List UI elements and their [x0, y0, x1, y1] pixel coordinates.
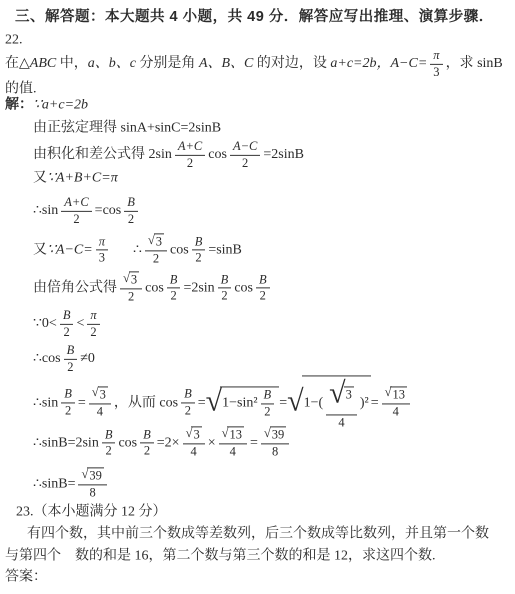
fraction-numerator: B: [124, 195, 138, 211]
fraction-denominator: 8: [78, 484, 106, 501]
sol-math: ∵A−C=: [47, 241, 93, 259]
sqrt-sign: √: [206, 382, 222, 420]
sqrt-radical: √13: [222, 426, 244, 443]
stmt-tail-text: 的值.: [5, 80, 37, 98]
fraction: B 2: [218, 272, 232, 304]
fraction: √39 8: [78, 467, 106, 500]
sol-math: =: [371, 394, 379, 412]
q22-number-text: 22.: [5, 31, 23, 49]
fraction-denominator: 2: [120, 288, 142, 305]
sqrt-radical: √3: [92, 386, 108, 403]
sol-math: =: [78, 394, 86, 412]
stmt-math: sinB: [477, 55, 503, 73]
fraction: A−C 2: [230, 139, 260, 171]
sol-math: cos: [118, 434, 137, 452]
q23-body-text: 与第四个 数的和是 16，第二个数与第三个数的和是 12，求这四个数.: [5, 547, 436, 565]
fraction: B 2: [60, 308, 74, 340]
radicand: 39: [270, 426, 287, 443]
fraction: √3 2: [120, 271, 142, 304]
radicand: 13: [227, 426, 244, 443]
sol-text: 又: [33, 241, 47, 259]
fraction: B 2: [192, 234, 206, 266]
fraction: B 2: [140, 427, 154, 459]
fraction-numerator: π: [96, 234, 108, 250]
sol-math: =2sinB: [263, 146, 304, 164]
sol-math: =: [250, 434, 258, 452]
radicand: 39: [87, 467, 104, 484]
sqrt-sign: √: [385, 385, 392, 401]
sqrt-sign: √: [92, 385, 99, 401]
stmt-math: A、B、C: [199, 55, 253, 73]
stmt-math: a+c=2b，A−C=: [330, 55, 427, 73]
sqrt-radical: √39: [264, 426, 286, 443]
fraction: π 2: [87, 308, 99, 340]
radicand-text: 1−sin²: [222, 395, 257, 413]
sqrt-radical: √3: [186, 426, 202, 443]
fraction-denominator: 4: [89, 403, 111, 420]
q23-body-line-2: 与第四个 数的和是 16，第二个数与第三个数的和是 12，求这四个数.: [5, 547, 436, 565]
solution-line-1: 解： ∵a+c=2b: [5, 96, 88, 114]
q23-heading-text: 23.（本小题满分 12 分）: [16, 503, 167, 521]
fraction-numerator: B: [61, 387, 75, 403]
fraction: B 2: [102, 427, 116, 459]
sqrt-sign: √: [264, 425, 271, 441]
fraction-numerator: B: [60, 308, 74, 324]
fraction-numerator: B: [218, 272, 232, 288]
fraction-denominator: 4: [183, 443, 205, 460]
sqrt-sign: √: [287, 382, 303, 420]
fraction: B 2: [124, 195, 138, 227]
fraction: B 2: [64, 343, 78, 375]
sqrt-sign: √: [148, 232, 155, 248]
fraction-numerator: √39: [261, 426, 289, 443]
q23-body-line-1: 有四个数，其中前三个数成等差数列，后三个数成等比数列，并且第一个数: [27, 525, 489, 543]
sqrt-radical: √ 1−sin² B 2: [206, 384, 280, 422]
fraction-denominator: 3: [430, 64, 442, 81]
radicand: 3: [129, 271, 139, 288]
fraction-numerator: √39: [78, 467, 106, 484]
sol-math: cos: [145, 279, 164, 297]
stmt-text: 在: [5, 55, 19, 73]
fraction-denominator: 3: [96, 250, 108, 267]
stmt-math: a、b、c: [88, 55, 136, 73]
sol-math: ∵A+B+C=π: [47, 169, 118, 187]
fraction-denominator: 2: [61, 211, 91, 228]
fraction-numerator: B: [256, 272, 270, 288]
sol-math: ∵a+c=2b: [33, 96, 88, 114]
fraction-numerator: π: [430, 48, 442, 64]
radicand: 1−sin² B 2: [220, 386, 279, 419]
radicand: 1−( √3 4 )²: [302, 375, 371, 430]
sol-math: cos: [208, 146, 227, 164]
fraction-denominator: 8: [261, 443, 289, 460]
answer-label-text: 答案：: [5, 568, 47, 586]
solution-line-11: ∴sinB=2sin B 2 cos B 2 =2× √3 4 × √13 4 …: [33, 426, 292, 459]
solution-line-9: ∴cos B 2 ≠0: [33, 343, 95, 375]
section-heading: 三、解答题：本大题共 4 小题，共 49 分．解答应写出推理、演算步骤．: [15, 8, 494, 26]
stmt-text: 的对边，设: [253, 55, 330, 73]
fraction-numerator: B: [261, 387, 275, 403]
sqrt-radical: √39: [81, 467, 103, 484]
sol-math: ∴: [133, 241, 142, 259]
fraction: √3 4: [326, 376, 357, 430]
fraction: √39 8: [261, 426, 289, 459]
fraction: √13 4: [219, 426, 247, 459]
sol-math: ≠0: [80, 350, 95, 368]
sol-math: =sinB: [208, 241, 242, 259]
fraction: B 2: [61, 387, 75, 419]
fraction: B 2: [167, 272, 181, 304]
sol-math: cos: [159, 394, 178, 412]
sol-math: sinA+sinC=2sinB: [121, 119, 222, 137]
fraction-numerator: B: [181, 387, 195, 403]
solution-line-6: 又 ∵A−C= π 3 ∴ √3 2 cos B 2 =sinB: [33, 233, 242, 266]
sol-text: 由正弦定理得: [33, 119, 121, 137]
fraction-numerator: A−C: [230, 139, 260, 155]
section-heading-text: 三、解答题：本大题共 4 小题，共 49 分．解答应写出推理、演算步骤．: [15, 8, 494, 26]
fraction-denominator: 2: [261, 403, 275, 420]
sol-math: <: [76, 315, 84, 333]
q23-body-text: 有四个数，其中前三个数成等差数列，后三个数成等比数列，并且第一个数: [27, 525, 489, 543]
sqrt-radical: √3: [329, 376, 354, 414]
sol-text: 由积化和差公式得: [33, 146, 149, 164]
fraction-numerator: √3: [145, 233, 167, 250]
fraction-denominator: 2: [140, 443, 154, 460]
solution-line-2: 由正弦定理得 sinA+sinC=2sinB: [33, 119, 221, 137]
sqrt-radical: √ 1−( √3 4 )²: [287, 375, 371, 430]
q22-statement: 在 △ABC 中， a、b、c 分别是角 A、B、C 的对边，设 a+c=2b，…: [5, 48, 503, 80]
sol-text: ，从而: [114, 394, 160, 412]
fraction-numerator: √3: [89, 386, 111, 403]
sol-math: =: [198, 394, 206, 412]
stmt-text: 分别是角: [136, 55, 199, 73]
sol-math: ∴sin: [33, 394, 58, 412]
fraction: B 2: [181, 387, 195, 419]
fraction: √3 2: [145, 233, 167, 266]
fraction: B 2: [256, 272, 270, 304]
fraction-numerator: B: [102, 427, 116, 443]
sol-math: =cos: [95, 202, 122, 220]
solve-label: 解：: [5, 96, 33, 114]
sqrt-radical: √3: [148, 233, 164, 250]
sol-math: ∴sinB=: [33, 475, 75, 493]
fraction: A+C 2: [61, 195, 91, 227]
fraction: √13 4: [382, 386, 410, 419]
sqrt-sign: √: [123, 270, 130, 286]
sol-math: ×: [208, 434, 216, 452]
sqrt-sign: √: [81, 466, 88, 482]
fraction-denominator: 2: [64, 359, 78, 376]
fraction-denominator: 2: [218, 288, 232, 305]
fraction: B 2: [261, 387, 275, 419]
answer-label: 答案：: [5, 568, 47, 586]
solution-line-8: ∵0< B 2 < π 2: [33, 308, 103, 340]
radicand: 3: [191, 426, 201, 443]
fraction-denominator: 2: [192, 250, 206, 267]
fraction-numerator: B: [167, 272, 181, 288]
fraction-denominator: 4: [219, 443, 247, 460]
sqrt-sign: √: [329, 374, 345, 412]
sol-math: ∴sin: [33, 202, 58, 220]
radicand: 3: [154, 233, 164, 250]
fraction-denominator: 2: [230, 155, 260, 172]
radicand-text: )²: [360, 395, 369, 413]
fraction-numerator: B: [192, 234, 206, 250]
stmt-math: △ABC: [19, 55, 56, 73]
fraction-numerator: A+C: [61, 195, 91, 211]
radicand-text: 1−(: [304, 395, 324, 413]
fraction: π 3: [430, 48, 442, 80]
fraction-denominator: 2: [124, 211, 138, 228]
fraction-denominator: 4: [326, 414, 357, 431]
sol-math: ∴cos: [33, 350, 61, 368]
radicand: 13: [390, 386, 407, 403]
sol-math: 2sin: [149, 146, 172, 164]
sol-math: =: [279, 394, 287, 412]
stmt-text: ，求: [446, 55, 478, 73]
sol-math: cos: [170, 241, 189, 259]
solution-line-4: 又 ∵A+B+C=π: [33, 169, 118, 187]
fraction-numerator: √3: [183, 426, 205, 443]
sqrt-sign: √: [186, 425, 193, 441]
solution-line-10: ∴sin B 2 = √3 4 ，从而 cos B 2 = √ 1−sin² B…: [33, 375, 413, 430]
fraction-numerator: √13: [382, 386, 410, 403]
sol-math: ∵0<: [33, 315, 57, 333]
solution-line-7: 由倍角公式得 √3 2 cos B 2 =2sin B 2 cos B 2: [33, 271, 273, 304]
q23-heading: 23.（本小题满分 12 分）: [16, 503, 167, 521]
fraction-denominator: 2: [175, 155, 205, 172]
fraction-denominator: 2: [167, 288, 181, 305]
sqrt-radical: √3: [123, 271, 139, 288]
document-page: { "sym": { "sqrt": "√" }, "heading": "三、…: [0, 0, 515, 594]
fraction-numerator: √3: [120, 271, 142, 288]
fraction-denominator: 2: [60, 324, 74, 341]
fraction-denominator: 2: [87, 324, 99, 341]
fraction-numerator: √13: [219, 426, 247, 443]
fraction-denominator: 2: [256, 288, 270, 305]
fraction-numerator: π: [87, 308, 99, 324]
fraction-numerator: B: [140, 427, 154, 443]
solution-line-3: 由积化和差公式得 2sin A+C 2 cos A−C 2 =2sinB: [33, 139, 304, 171]
solution-line-5: ∴sin A+C 2 =cos B 2: [33, 195, 141, 227]
radicand: 3: [98, 386, 108, 403]
sol-text: 由倍角公式得: [33, 279, 117, 297]
sqrt-radical: √13: [385, 386, 407, 403]
sol-math: ∴sinB=2sin: [33, 434, 99, 452]
fraction-denominator: 2: [145, 250, 167, 267]
fraction-denominator: 2: [102, 443, 116, 460]
sqrt-sign: √: [222, 425, 229, 441]
fraction-numerator: A+C: [175, 139, 205, 155]
fraction-denominator: 2: [181, 403, 195, 420]
fraction-numerator: √3: [326, 376, 357, 414]
sol-math: cos: [234, 279, 253, 297]
fraction: A+C 2: [175, 139, 205, 171]
solution-line-12: ∴sinB= √39 8: [33, 467, 110, 500]
fraction: √3 4: [183, 426, 205, 459]
fraction: π 3: [96, 234, 108, 266]
fraction: √3 4: [89, 386, 111, 419]
q22-statement-tail: 的值.: [5, 80, 37, 98]
sol-math: =2sin: [183, 279, 214, 297]
sol-math: =2×: [157, 434, 180, 452]
q22-number: 22.: [5, 31, 23, 49]
fraction-numerator: B: [64, 343, 78, 359]
stmt-text: 中，: [56, 55, 88, 73]
fraction-denominator: 4: [382, 403, 410, 420]
fraction-denominator: 2: [61, 403, 75, 420]
sol-text: 又: [33, 169, 47, 187]
